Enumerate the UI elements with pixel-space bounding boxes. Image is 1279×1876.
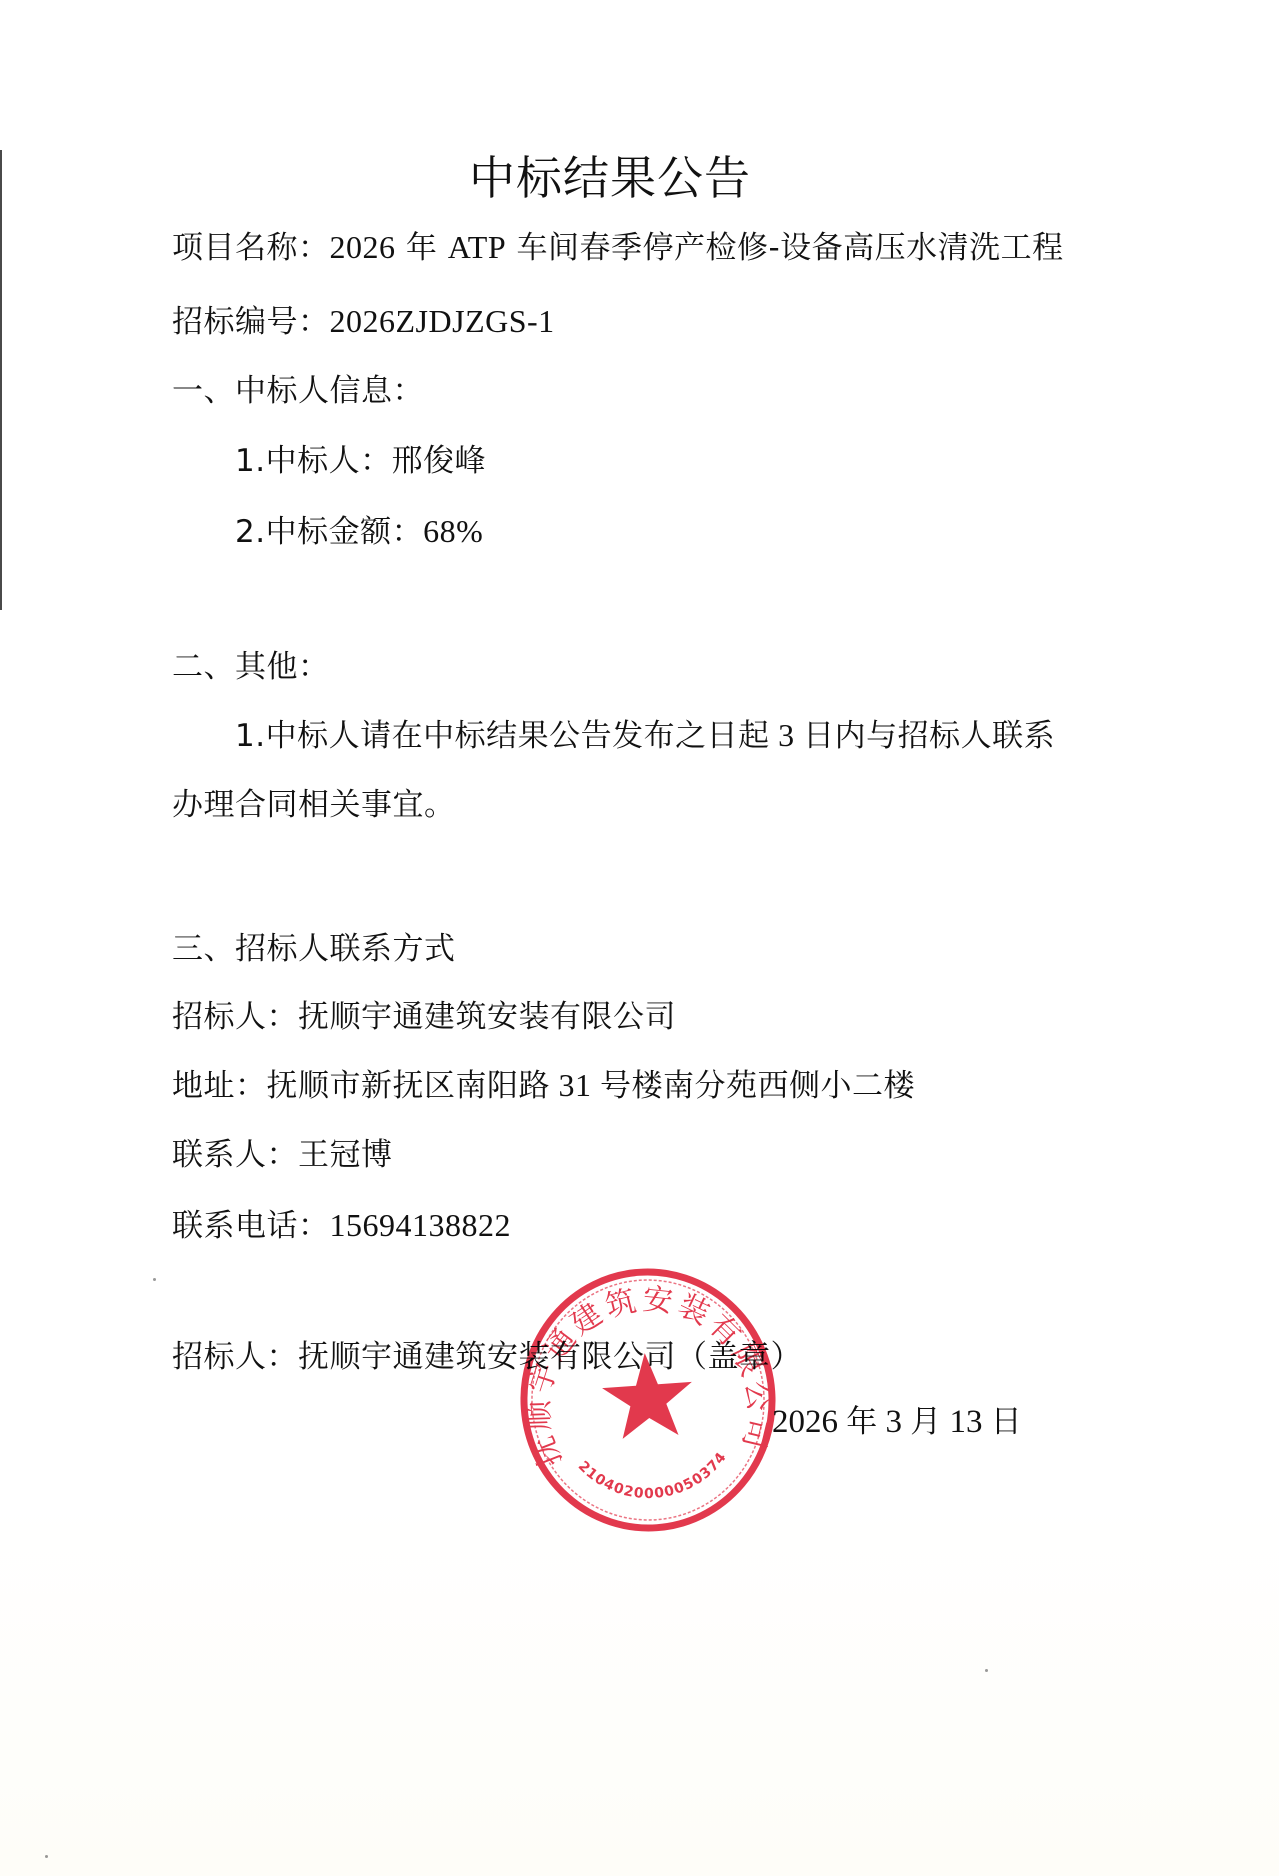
tender-number-line: 招标编号：2026ZJDJZGS-1	[172, 302, 555, 341]
date-day-unit: 日	[991, 1404, 1022, 1440]
seal-star-icon	[600, 1350, 696, 1440]
signature-label: 招标人：	[172, 1339, 298, 1375]
phone-line: 联系电话：15694138822	[172, 1206, 511, 1245]
project-name-part2: 车间春季停产检修-设备高压水清洗工程	[506, 230, 1064, 266]
scan-edge-line	[0, 150, 2, 610]
tender-number-value: 2026ZJDJZGS-1	[330, 303, 555, 339]
date-year-unit: 年	[846, 1404, 877, 1440]
winner-line: 1.中标人：邢俊峰	[235, 442, 486, 480]
document-title: 中标结果公告	[0, 150, 1220, 206]
date-month: 3	[886, 1404, 903, 1440]
phone-label: 联系电话：	[172, 1208, 330, 1244]
svg-text:2104020000050374: 2104020000050374	[574, 1448, 733, 1507]
section-2-heading: 二、其他：	[172, 648, 330, 686]
winner-label: 1.中标人：	[235, 443, 392, 479]
bid-amount-label: 2.中标金额：	[235, 514, 423, 550]
project-name-line: 项目名称：2026 年 ATP 车间春季停产检修-设备高压水清洗工程	[172, 228, 1064, 267]
scan-speck	[153, 1278, 156, 1281]
company-seal-stamp: 抚顺宇通建筑安装有限公司 2104020000050374	[507, 1256, 789, 1544]
project-name-atp: ATP	[448, 229, 506, 265]
tenderer-value: 抚顺宇通建筑安装有限公司	[298, 999, 676, 1035]
paragraph-text: 1.中标人请在中标结果公告发布之日起	[235, 718, 770, 754]
bid-amount-line: 2.中标金额：68%	[235, 512, 483, 551]
date-month-unit: 月	[910, 1404, 941, 1440]
tenderer-line: 招标人：抚顺宇通建筑安装有限公司	[172, 998, 676, 1036]
seal-code: 2104020000050374	[574, 1448, 733, 1507]
address-value-a: 抚顺市新抚区南阳路	[267, 1068, 551, 1104]
section-3-heading: 三、招标人联系方式	[172, 930, 456, 968]
scan-speck	[985, 1669, 988, 1672]
address-line: 地址：抚顺市新抚区南阳路 31 号楼南分苑西侧小二楼	[172, 1066, 915, 1105]
paragraph-days-number: 3	[770, 717, 804, 753]
date-day: 13	[950, 1404, 983, 1440]
project-name-label: 项目名称：	[172, 230, 330, 266]
document-date: 2026 年 3 月 13 日	[772, 1402, 1022, 1442]
tender-number-label: 招标编号：	[172, 304, 330, 340]
section-1-heading: 一、中标人信息：	[172, 372, 424, 410]
scan-speck	[45, 1855, 48, 1858]
phone-value: 15694138822	[330, 1207, 512, 1243]
winner-value: 邢俊峰	[392, 443, 487, 479]
address-value-b: 号楼南分苑西侧小二楼	[600, 1068, 915, 1104]
project-name-part1: 年	[396, 230, 448, 266]
document-page: 中标结果公告 项目名称：2026 年 ATP 车间春季停产检修-设备高压水清洗工…	[0, 0, 1279, 1876]
address-label: 地址：	[172, 1068, 267, 1104]
project-name-year: 2026	[330, 229, 396, 265]
contact-label: 联系人：	[172, 1137, 298, 1173]
paragraph-text: 日内与招标人联系	[803, 718, 1055, 754]
bid-amount-value: 68%	[423, 513, 483, 549]
contact-value: 王冠博	[298, 1137, 393, 1173]
tenderer-label: 招标人：	[172, 999, 298, 1035]
contact-line: 联系人：王冠博	[172, 1136, 393, 1174]
section-2-paragraph-line-1: 1.中标人请在中标结果公告发布之日起 3 日内与招标人联系	[235, 716, 1055, 755]
address-number: 31	[550, 1067, 600, 1103]
date-year: 2026	[772, 1404, 838, 1440]
section-2-paragraph-line-2: 办理合同相关事宜。	[172, 786, 456, 824]
